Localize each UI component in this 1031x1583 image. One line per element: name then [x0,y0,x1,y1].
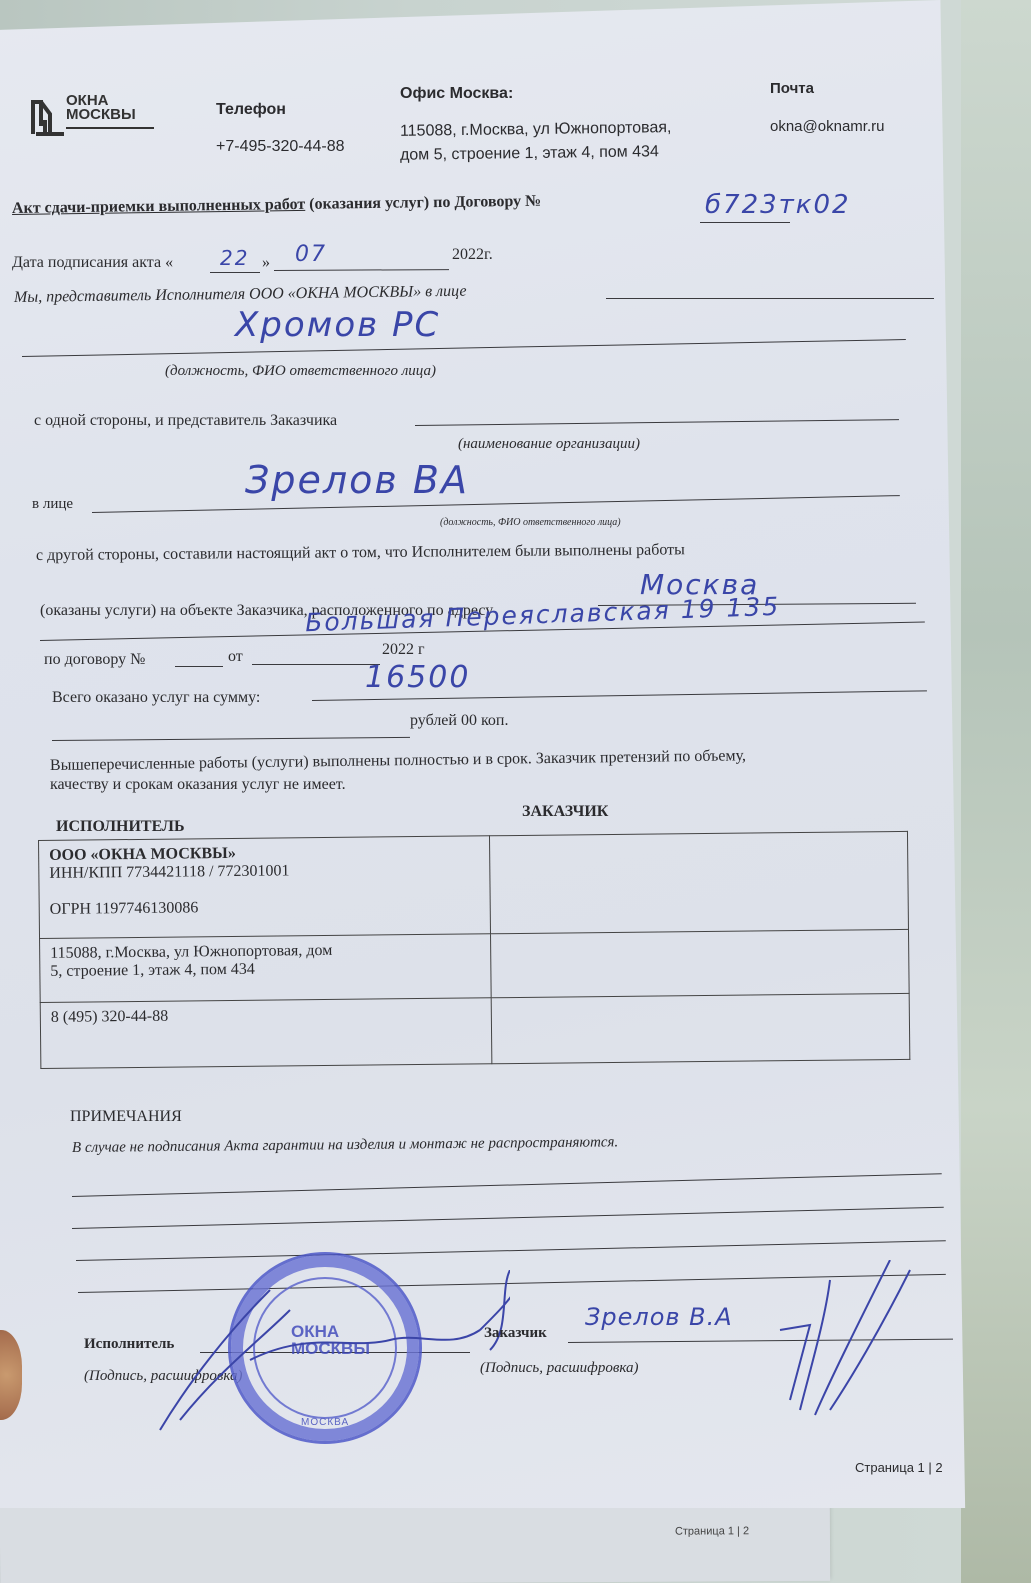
statement-line2: качеству и срокам оказания услуг не имее… [50,776,346,794]
logo-line2: МОСКВЫ [66,108,136,122]
customer-name-handwritten: Зрелов ВА [245,458,469,502]
customer-heading: ЗАКАЗЧИК [522,803,608,821]
customer-intro: с одной стороны, и представитель Заказчи… [34,412,337,430]
customer-sign-caption: (Подпись, расшифровка) [480,1360,638,1377]
date-label: Дата подписания акта « [12,254,173,272]
customer-cell-phone[interactable] [491,993,910,1063]
executor-heading: ИСПОЛНИТЕЛЬ [56,818,185,836]
executor-caption: (должность, ФИО ответственного лица) [165,363,436,380]
executor-cell-company: ООО «ОКНА МОСКВЫ» ИНН/КПП 7734421118 / 7… [39,836,491,939]
contract-no-field-2[interactable] [175,666,223,667]
customer-signature-icon [770,1260,920,1420]
page-number: Страница 1 | 2 [855,1460,943,1475]
date-day-field[interactable] [210,272,260,273]
customer-cell-company[interactable] [489,831,908,933]
second-sheet: Страница 1 | 2 [0,1503,830,1583]
contract-date-field[interactable] [252,664,380,665]
contract-label: по договору № [44,651,145,669]
page-number-sheet2: Страница 1 | 2 [675,1525,749,1537]
executor-signature-icon [150,1270,510,1440]
table-row: 115088, г.Москва, ул Южнопортовая, дом 5… [40,929,910,1002]
logo-text: ОКНА МОСКВЫ [66,94,136,122]
customer-cell-address[interactable] [491,929,910,997]
mail-label: Почта [770,80,814,97]
phone-value: +7-495-320-44-88 [216,138,345,156]
background-surface [961,0,1031,1583]
act-title-main: Акт сдачи-приемки выполненных работ [12,196,305,217]
sum-handwritten: 16500 [365,660,470,695]
date-year-suffix: г. [484,246,493,263]
contract-from: от [228,648,243,666]
act-title-rest: (оказания услуг) по Договору № [309,193,541,213]
executor-address-line2: 5, строение 1, этаж 4, пом 434 [50,958,480,981]
customer-sign-label: Заказчик [484,1325,547,1342]
sum-suffix: рублей 00 коп. [410,712,509,730]
contract-year: 2022 г [382,641,425,659]
executor-rep-field[interactable] [606,298,934,299]
customer-org-caption: (наименование организации) [458,436,640,453]
office-address-line1: 115088, г.Москва, ул Южнопортовая, [400,119,672,141]
date-mid: » [262,254,270,272]
logo-underline [66,127,154,129]
executor-ogrn: ОГРН 1197746130086 [50,896,480,919]
in-person-label: в лице [32,496,73,513]
executor-cell-phone: 8 (495) 320-44-88 [40,998,492,1069]
logo-icon [30,96,64,136]
parties-table: ООО «ОКНА МОСКВЫ» ИНН/КПП 7734421118 / 7… [38,831,910,1069]
date-month-handwritten: 07 [295,242,327,267]
contract-no-field[interactable] [700,222,790,223]
customer-person-caption: (должность, ФИО ответственного лица) [440,517,621,528]
customer-signature-handwritten: Зрелов В.А [585,1303,733,1331]
mail-value: okna@oknamr.ru [770,118,884,135]
contract-no-handwritten: б723тк02 [705,190,851,220]
phone-label: Телефон [216,101,286,119]
table-row: 8 (495) 320-44-88 [40,993,910,1068]
notes-heading: ПРИМЕЧАНИЯ [70,1108,182,1126]
date-year: 2022г. [452,246,493,264]
sum-label: Всего оказано услуг на сумму: [52,689,260,707]
office-address-line2: дом 5, строение 1, этаж 4, пом 434 [400,143,659,165]
office-label: Офис Москва: [400,85,513,103]
executor-phone: 8 (495) 320-44-88 [51,1004,481,1027]
table-row: ООО «ОКНА МОСКВЫ» ИНН/КПП 7734421118 / 7… [39,831,909,938]
executor-cell-address: 115088, г.Москва, ул Южнопортовая, дом 5… [40,934,492,1003]
executor-name-handwritten: Хромов РС [235,305,440,345]
date-year-value: 2022 [452,246,484,263]
date-day-handwritten: 22 [220,246,249,270]
